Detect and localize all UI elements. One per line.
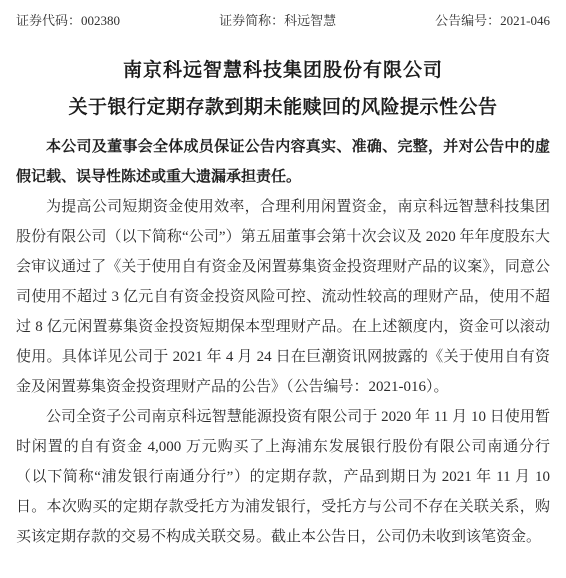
body-paragraph-1: 为提高公司短期资金使用效率，合理利用闲置资金，南京科远智慧科技集团股份有限公司（… [16, 192, 550, 402]
document-header: 证券代码：002380 证券简称：科远智慧 公告编号：2021-046 [16, 12, 550, 30]
disclaimer-paragraph: 本公司及董事会全体成员保证公告内容真实、准确、完整，并对公告中的虚假记载、误导性… [16, 132, 550, 192]
announcement-title: 关于银行定期存款到期未能赎回的风险提示性公告 [16, 91, 550, 125]
company-name-title: 南京科远智慧科技集团股份有限公司 [16, 54, 550, 88]
document-body: 本公司及董事会全体成员保证公告内容真实、准确、完整，并对公告中的虚假记载、误导性… [16, 132, 550, 552]
stock-abbreviation: 证券简称：科远智慧 [219, 12, 336, 30]
announcement-document: 证券代码：002380 证券简称：科远智慧 公告编号：2021-046 南京科远… [0, 0, 566, 578]
body-paragraph-2: 公司全资子公司南京科远智慧能源投资有限公司于 2020 年 11 月 10 日使… [16, 402, 550, 552]
announcement-number: 公告编号：2021-046 [435, 12, 550, 30]
stock-code: 证券代码：002380 [16, 12, 120, 30]
